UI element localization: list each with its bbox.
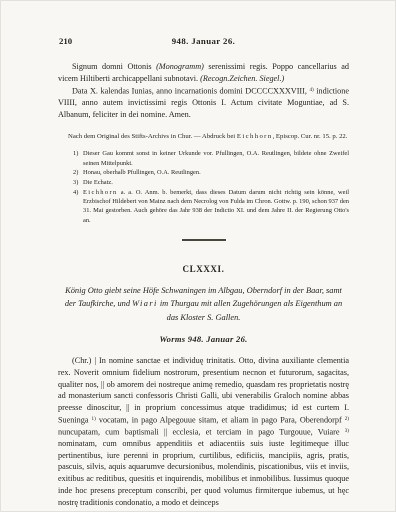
charter-title-place: Wiari [132, 299, 158, 308]
footnote-3-marker: 3) [73, 178, 83, 187]
footnote-1-marker: 1) [73, 149, 83, 167]
source-author: Eichhorn [237, 133, 273, 140]
footnote-4: 4) Eichhorn a. a. O. Anm. b. bemerkt, da… [58, 188, 349, 225]
source-text-2: , Episcop. Cur. nr. 15. p. 22. [273, 133, 348, 140]
charter-summary-title: König Otto giebt seine Höfe Schwaningen … [58, 284, 349, 324]
datum-paragraph: Data X. kalendas Iunias, anno incarnatio… [58, 85, 349, 121]
footnote-1-text: Dieser Gau kommt sonst in keiner Urkunde… [83, 149, 349, 167]
footnote-3-text: Die Echatz. [83, 178, 349, 187]
section-divider-rule [182, 239, 226, 241]
charter-title-text-2: im Thurgau mit allen Zugehörungen als Ei… [158, 299, 342, 321]
footnote-2-marker: 2) [73, 168, 83, 177]
footnote-2-text: Honau, oberhalb Pfullingen, O.A. Reutlin… [83, 168, 349, 177]
page-header: 210 948. Januar 26. [58, 36, 349, 48]
charter-body-text: (Chr.) | In nomine sanctae et individuę … [58, 356, 349, 424]
running-head: 948. Januar 26. [58, 36, 349, 46]
charter-number-heading: CLXXXI. [58, 264, 349, 274]
footnote-1: 1) Dieser Gau kommt sonst in keiner Urku… [58, 149, 349, 167]
datum-text: Data X. kalendas Iunias, anno incarnatio… [72, 86, 309, 95]
source-note: Nach dem Original des Stifts-Archivs in … [58, 132, 349, 141]
signum-text: Signum domni Ottonis [72, 62, 156, 71]
footnote-2: 2) Honau, oberhalb Pfullingen, O.A. Reut… [58, 168, 349, 177]
charter-body-paragraph: (Chr.) | In nomine sanctae et individuę … [58, 355, 349, 508]
footnote-block: 1) Dieser Gau kommt sonst in keiner Urku… [58, 149, 349, 224]
text-column: 210 948. Januar 26. Signum domni Ottonis… [58, 36, 349, 508]
footnote-ref-3: 3) [345, 428, 349, 434]
source-text: Nach dem Original des Stifts-Archivs in … [68, 133, 237, 140]
footnote-3: 3) Die Echatz. [58, 178, 349, 187]
page-number: 210 [59, 36, 72, 46]
recognition-note: (Recogn.Zeichen. Siegel.) [200, 74, 284, 83]
monogram-note: (Monogramm) [156, 62, 204, 71]
footnote-4-text: Eichhorn a. a. O. Anm. b. bemerkt, dass … [83, 188, 349, 225]
signum-paragraph: Signum domni Ottonis (Monogramm) serenis… [58, 61, 349, 85]
footnote-ref-2: 2) [345, 416, 349, 422]
charter-body-text-3: nuncupatam, cum baptismali || ecclesia, … [58, 427, 345, 436]
charter-body-text-2: vocatam, in pago Alpegouue sitam, et ali… [96, 415, 345, 424]
charter-body-text-4: nominatam, cum omnibus appenditiis et ad… [58, 439, 349, 507]
scanned-book-page: 210 948. Januar 26. Signum domni Ottonis… [0, 0, 396, 512]
charter-dateline: Worms 948. Januar 26. [58, 334, 349, 344]
footnote-4-marker: 4) [73, 188, 83, 225]
